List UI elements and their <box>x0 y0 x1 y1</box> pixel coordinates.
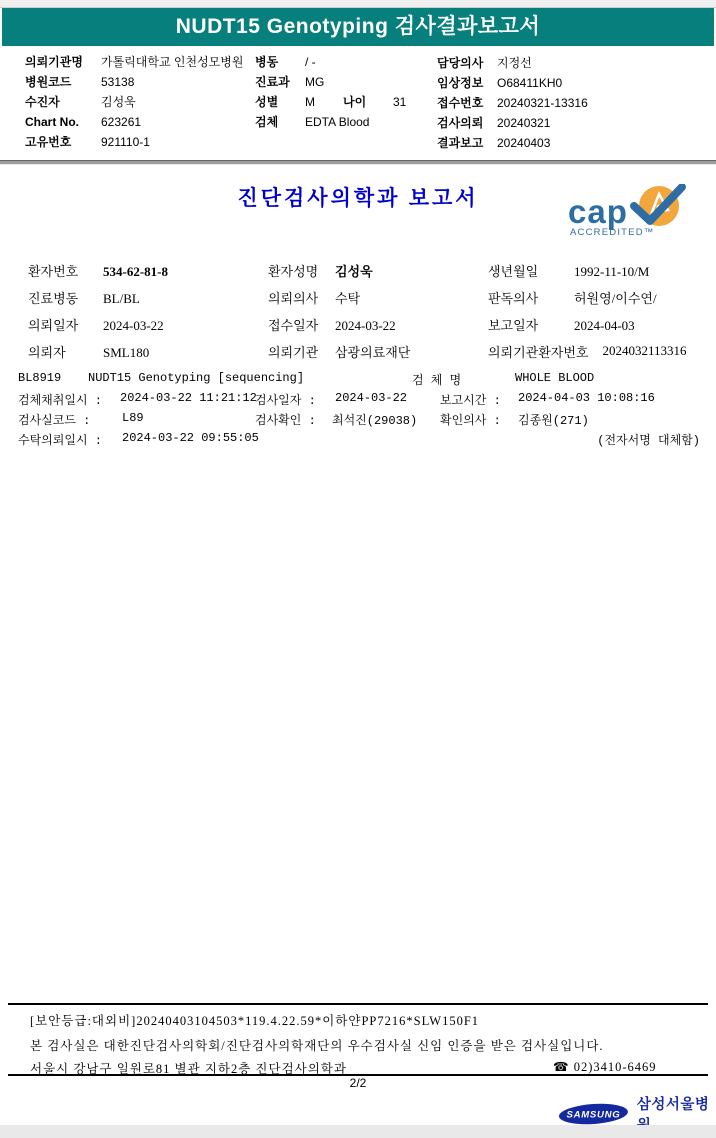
patient-field: 생년월일 1992-11-10/M <box>488 258 702 285</box>
phone-number: 02)3410-6469 <box>574 1060 657 1074</box>
patient-info-col1: 환자번호 534-62-81-8 진료병동 BL/BL 의뢰일자 2024-03… <box>28 258 168 366</box>
bottom-margin-strip <box>0 1125 716 1138</box>
header-left-column: 의뢰기관명 가톨릭대학교 인천성모병원 병원코드 53138 수진자 김성욱 C… <box>25 52 243 152</box>
field-label: 의뢰일자 <box>28 312 103 339</box>
page-number: 2/2 <box>0 1076 716 1090</box>
field-label: 의뢰기관환자번호 <box>488 339 588 366</box>
header-field: 결과보고 20240403 <box>437 133 588 153</box>
age-value: 31 <box>393 92 406 112</box>
field-label: 결과보고 <box>437 133 497 153</box>
report-page: NUDT15 Genotyping 검사결과보고서 의뢰기관명 가톨릭대학교 인… <box>0 0 716 1138</box>
field-label: 의뢰기관명 <box>25 52 101 72</box>
field-label: 환자번호 <box>28 258 103 285</box>
field-label: 의뢰기관 <box>268 339 335 366</box>
field-value: 2024-03-22 <box>335 312 396 339</box>
cap-accredited-text: ACCREDITED™ <box>570 227 654 238</box>
esign-note: (전자서명 대체함) <box>597 431 700 448</box>
patient-info-col2: 환자성명 김성욱 의뢰의사 수탁 접수일자 2024-03-22 의뢰기관 삼광… <box>268 258 410 366</box>
patient-info-col3: 생년월일 1992-11-10/M 판독의사 허원영/이수연/ 보고일자 202… <box>488 258 702 366</box>
lab-code-label: 검사실코드 : <box>18 411 90 428</box>
test-row: 수탁의뢰일시 : 2024-03-22 09:55:05 (전자서명 대체함) <box>0 431 716 451</box>
field-value: 20240321 <box>497 113 550 133</box>
field-value: 20240321-13316 <box>497 93 588 113</box>
field-label: 검체 <box>255 112 305 132</box>
header-field: 병동 / - <box>255 52 406 72</box>
field-label: 접수번호 <box>437 93 497 113</box>
header-field: 의뢰기관명 가톨릭대학교 인천성모병원 <box>25 52 243 72</box>
patient-field: 의뢰기관환자번호 2024032113316 <box>488 339 702 366</box>
header-field: 검체 EDTA Blood <box>255 112 406 132</box>
address-line: 서울시 강남구 일원로81 별관 지하2층 진단검사의학과 <box>30 1059 347 1077</box>
cap-logo-graphic: cap ACCREDITED™ <box>566 184 694 238</box>
patient-field: 판독의사 허원영/이수연/ <box>488 285 702 312</box>
phone-line: ☎ 02)3410-6469 <box>553 1059 657 1075</box>
cap-wordmark: cap <box>568 193 628 230</box>
specimen-label: 검 체 명 <box>412 371 461 388</box>
field-label: 진료병동 <box>28 285 103 312</box>
test-name: NUDT15 Genotyping [sequencing] <box>88 371 304 385</box>
header-middle-column: 병동 / - 진료과 MG 성별 M 나이 31 검체 EDTA Blood <box>255 52 406 132</box>
report-title-bar: NUDT15 Genotyping 검사결과보고서 <box>2 8 714 46</box>
header-field: 검사의뢰 20240321 <box>437 113 588 133</box>
report-time-label: 보고시간 : <box>440 391 501 408</box>
header-field: 병원코드 53138 <box>25 72 243 92</box>
field-label: 병동 <box>255 52 305 72</box>
field-label: 성별 <box>255 92 305 112</box>
field-label: 수진자 <box>25 92 101 112</box>
field-label: 환자성명 <box>268 258 335 285</box>
field-label: 접수일자 <box>268 312 335 339</box>
field-label: Chart No. <box>25 112 101 132</box>
field-label: 고유번호 <box>25 132 101 152</box>
field-value: 허원영/이수연/ <box>574 285 657 312</box>
header-field: 임상정보 O68411KH0 <box>437 73 588 93</box>
top-margin-strip <box>0 0 716 8</box>
header-field: 성별 M 나이 31 <box>255 92 406 112</box>
certification-line: 본 검사실은 대한진단검사의학회/진단검사의학재단의 우수검사실 신임 인증을 … <box>30 1036 604 1054</box>
field-value: 2024-03-22 <box>103 312 164 339</box>
field-label: 보고일자 <box>488 312 560 339</box>
lab-code-value: L89 <box>122 411 144 425</box>
field-value: 1992-11-10/M <box>574 258 649 285</box>
patient-field: 진료병동 BL/BL <box>28 285 168 312</box>
patient-field: 환자성명 김성욱 <box>268 258 410 285</box>
field-value: 지정선 <box>497 53 532 73</box>
confirm-doctor-label: 확인의사 : <box>440 411 501 428</box>
footer-box: [보안등급:대외비]20240403104503*119.4.22.59*이하얀… <box>8 1003 708 1076</box>
field-value: SML180 <box>103 339 149 366</box>
samsung-logo: SAMSUNG <box>558 1102 629 1126</box>
field-value: / - <box>305 52 316 72</box>
header-field: 접수번호 20240321-13316 <box>437 93 588 113</box>
test-code: BL8919 <box>18 371 61 385</box>
security-line: [보안등급:대외비]20240403104503*119.4.22.59*이하얀… <box>30 1011 479 1029</box>
header-field: 진료과 MG <box>255 72 406 92</box>
field-value: M <box>305 92 315 112</box>
field-value: 921110-1 <box>101 132 150 152</box>
test-row: 검사실코드 : L89 검사확인 : 최석진(29038) 확인의사 : 김종원… <box>0 411 716 431</box>
field-value: 삼광의료재단 <box>335 339 410 366</box>
patient-field: 의뢰의사 수탁 <box>268 285 410 312</box>
collected-value: 2024-03-22 11:21:12 <box>120 391 257 405</box>
field-value: 김성욱 <box>101 92 136 112</box>
patient-field: 의뢰기관 삼광의료재단 <box>268 339 410 366</box>
field-value: O68411KH0 <box>497 73 562 93</box>
phone-icon: ☎ <box>553 1060 570 1074</box>
test-detail-block: BL8919 NUDT15 Genotyping [sequencing] 검 … <box>0 371 716 451</box>
report-time-value: 2024-04-03 10:08:16 <box>518 391 655 405</box>
field-value: MG <box>305 72 324 92</box>
patient-field: 접수일자 2024-03-22 <box>268 312 410 339</box>
patient-field: 의뢰일자 2024-03-22 <box>28 312 168 339</box>
field-value: 수탁 <box>335 285 360 312</box>
field-value: 2024032113316 <box>602 339 702 357</box>
specimen-value: WHOLE BLOOD <box>515 371 594 385</box>
field-label: 생년월일 <box>488 258 560 285</box>
samsung-wordmark: SAMSUNG <box>567 1110 621 1121</box>
verified-value: 최석진(29038) <box>332 411 417 428</box>
test-date-label: 검사일자 : <box>255 391 316 408</box>
field-value: 53138 <box>101 72 134 92</box>
field-value: BL/BL <box>103 285 140 312</box>
patient-field: 보고일자 2024-04-03 <box>488 312 702 339</box>
field-value: EDTA Blood <box>305 112 369 132</box>
field-value: 2024-04-03 <box>574 312 635 339</box>
patient-id-value: 534-62-81-8 <box>103 258 168 285</box>
field-label: 임상정보 <box>437 73 497 93</box>
verified-label: 검사확인 : <box>255 411 316 428</box>
field-label: 검사의뢰 <box>437 113 497 133</box>
field-label: 의뢰자 <box>28 339 103 366</box>
collected-label: 검체채취일시 : <box>18 391 102 408</box>
header-field: 담당의사 지정선 <box>437 53 588 73</box>
confirm-doctor-value: 김종원(271) <box>518 411 589 428</box>
header-right-column: 담당의사 지정선 임상정보 O68411KH0 접수번호 20240321-13… <box>437 53 588 153</box>
test-date-value: 2024-03-22 <box>335 391 407 405</box>
field-value: 20240403 <box>497 133 550 153</box>
header-field: 수진자 김성욱 <box>25 92 243 112</box>
patient-field: 의뢰자 SML180 <box>28 339 168 366</box>
field-label: 판독의사 <box>488 285 560 312</box>
patient-field: 환자번호 534-62-81-8 <box>28 258 168 285</box>
request-time-value: 2024-03-22 09:55:05 <box>122 431 259 445</box>
section-divider <box>0 160 716 165</box>
header-field: Chart No. 623261 <box>25 112 243 132</box>
field-value: 623261 <box>101 112 141 132</box>
cap-accredited-logo: cap ACCREDITED™ <box>566 184 694 238</box>
field-label: 병원코드 <box>25 72 101 92</box>
field-label: 진료과 <box>255 72 305 92</box>
field-value: 가톨릭대학교 인천성모병원 <box>101 52 243 72</box>
field-label: 의뢰의사 <box>268 285 335 312</box>
request-time-label: 수탁의뢰일시 : <box>18 431 102 448</box>
test-header-row: BL8919 NUDT15 Genotyping [sequencing] 검 … <box>0 371 716 391</box>
field-label: 담당의사 <box>437 53 497 73</box>
test-row: 검체채취일시 : 2024-03-22 11:21:12 검사일자 : 2024… <box>0 391 716 411</box>
age-label: 나이 <box>343 92 393 112</box>
header-field: 고유번호 921110-1 <box>25 132 243 152</box>
patient-name-value: 김성욱 <box>335 258 373 285</box>
